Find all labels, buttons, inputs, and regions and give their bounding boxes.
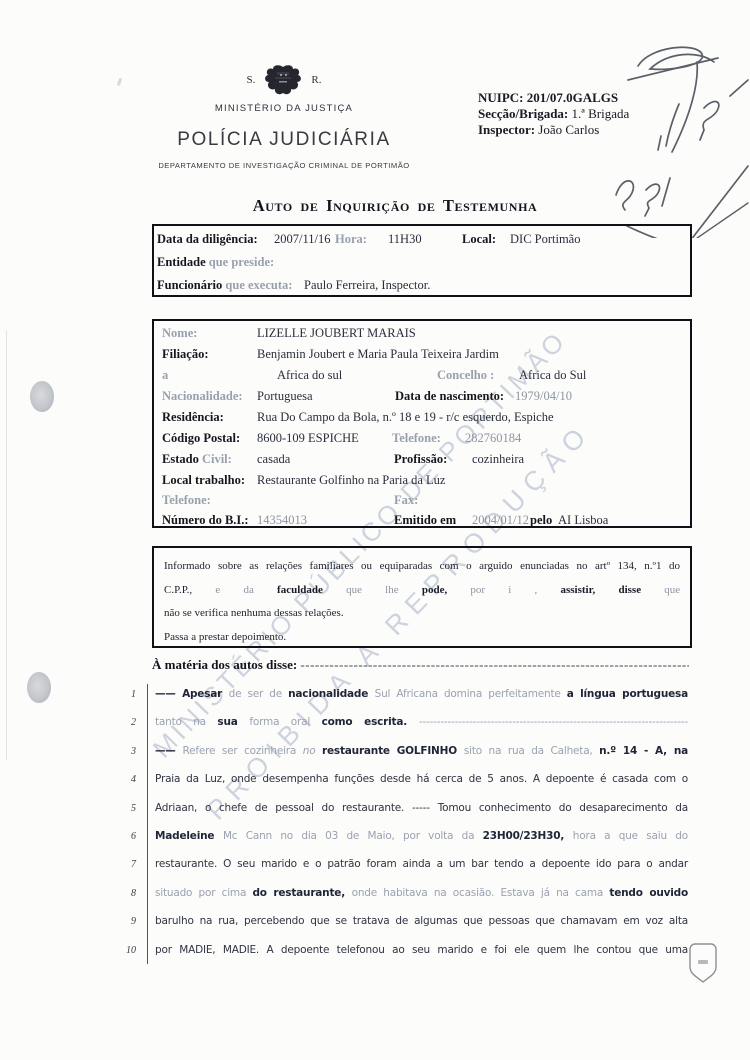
text-segment: ----------------------------------------… bbox=[419, 716, 688, 728]
telefone-label: Telefone: bbox=[392, 431, 441, 446]
codigo-postal-label: Código Postal: bbox=[162, 431, 240, 446]
deposition-line: 4Praia da Luz, onde desempenha funções d… bbox=[112, 769, 688, 797]
text-segment: , bbox=[535, 584, 538, 596]
estado-civil-label: Estado Civil: bbox=[162, 452, 232, 467]
line-number: 6 bbox=[112, 831, 136, 842]
text-segment: pode, bbox=[422, 584, 447, 596]
naturalidade-label: a bbox=[162, 368, 168, 383]
text-segment: Sul Africana domina perfeitamente bbox=[375, 688, 567, 700]
notice-line-2: C.P.P., e da faculdade que lhe pode, por… bbox=[164, 579, 680, 603]
deposition-line: 1—— Apesar de ser de nacionalidade Sul A… bbox=[112, 684, 688, 712]
pelo-label: pelo bbox=[530, 513, 552, 528]
nome-value: LIZELLE JOUBERT MARAIS bbox=[257, 326, 416, 341]
residencia-label: Residência: bbox=[162, 410, 224, 425]
line-number: 3 bbox=[112, 746, 136, 757]
text-segment: C.P.P., bbox=[164, 584, 192, 596]
line-text: barulho na rua, percebendo que se tratav… bbox=[155, 915, 688, 927]
emitido-value: 2004/01/12 bbox=[472, 513, 529, 528]
scan-fold-line bbox=[6, 330, 7, 760]
line-text: Madeleine Mc Cann no dia 03 de Maio, por… bbox=[155, 830, 688, 842]
text-segment: Adriaan, o chefe de pessoal do restauran… bbox=[155, 802, 688, 814]
residencia-value: Rua Do Campo da Bola, n.º 18 e 19 - r/c … bbox=[257, 410, 554, 425]
notice-line-3: não se verifica nenhuma dessas relações. bbox=[164, 602, 680, 626]
line-text: —— Refere ser cozinheira no restaurante … bbox=[155, 745, 688, 757]
nuipc-label: NUIPC: bbox=[478, 90, 524, 105]
materia-label: À matéria dos autos disse: bbox=[152, 657, 297, 672]
text-segment: por bbox=[470, 584, 485, 596]
text-segment: nacionalidade bbox=[288, 688, 374, 700]
diligence-meta-box: Data da diligência: 2007/11/16 Hora: 11H… bbox=[152, 224, 692, 297]
emitido-label: Emitido em bbox=[394, 513, 456, 528]
text-segment: no bbox=[303, 745, 322, 757]
funcionario-value: Paulo Ferreira, Inspector. bbox=[304, 278, 430, 293]
line-text: por MADIE, MADIE. A depoente telefonou a… bbox=[155, 944, 688, 956]
department-title: DEPARTAMENTO DE INVESTIGAÇÃO CRIMINAL DE… bbox=[94, 161, 474, 170]
nascimento-value: 1979/04/10 bbox=[515, 389, 572, 404]
hora-value: 11H30 bbox=[388, 232, 422, 247]
local-label: Local: bbox=[462, 232, 496, 247]
line-text: tanto na sua forma oral como escrita. --… bbox=[155, 716, 688, 728]
deposition-line: 10por MADIE, MADIE. A depoente telefonou… bbox=[112, 940, 688, 968]
estado-civil-value: casada bbox=[257, 452, 290, 467]
deposition-line: 6Madeleine Mc Cann no dia 03 de Maio, po… bbox=[112, 826, 688, 854]
organization-title: POLÍCIA JUDICIÁRIA bbox=[94, 129, 474, 151]
concelho-value: Africa do Sul bbox=[519, 368, 586, 383]
line-text: situado por cima do restaurante, onde ha… bbox=[155, 887, 688, 899]
text-segment: sua bbox=[217, 716, 249, 728]
line-number: 1 bbox=[112, 689, 136, 700]
text-segment: dia 03 de Maio, por volta da bbox=[301, 830, 482, 842]
line-text: Praia da Luz, onde desempenha funções de… bbox=[155, 773, 688, 785]
nome-label: Nome: bbox=[162, 326, 197, 341]
document-page: MINISTÉRIO PÚBLICO DE PORTIMÃO PROIBIDA … bbox=[0, 0, 750, 1060]
text-segment: Refere ser cozinheira bbox=[183, 745, 303, 757]
text-segment: na bbox=[674, 745, 688, 757]
materia-heading: À matéria dos autos disse: -------------… bbox=[152, 657, 689, 673]
text-segment: tendo ouvido bbox=[609, 887, 688, 899]
local-value: DIC Portimão bbox=[510, 232, 580, 247]
text-segment: i bbox=[508, 584, 511, 596]
witness-id-box: Nome: LIZELLE JOUBERT MARAIS Filiação: B… bbox=[152, 319, 692, 528]
nacionalidade-value: Portuguesa bbox=[257, 389, 313, 404]
page-stamp bbox=[688, 942, 718, 984]
local-trabalho-label: Local trabalho: bbox=[162, 473, 245, 488]
line-number: 10 bbox=[112, 945, 136, 956]
text-segment: assistir, bbox=[561, 584, 596, 596]
text-segment: que bbox=[664, 584, 680, 596]
legal-notice-box: Informado sobre as relações familiares o… bbox=[152, 546, 692, 648]
text-segment: Madeleine bbox=[155, 830, 223, 842]
telefone2-label: Telefone: bbox=[162, 493, 211, 508]
text-segment: faculdade bbox=[277, 584, 323, 596]
text-segment: forma oral bbox=[249, 716, 321, 728]
text-segment: a língua portuguesa bbox=[567, 688, 688, 700]
line-number: 4 bbox=[112, 774, 136, 785]
line-text: —— Apesar de ser de nacionalidade Sul Af… bbox=[155, 688, 688, 700]
naturalidade-value: Africa do sul bbox=[277, 368, 342, 383]
text-segment: —— bbox=[155, 688, 182, 700]
line-number: 5 bbox=[112, 803, 136, 814]
entidade-label: Entidade que preside: bbox=[157, 255, 274, 270]
telefone-value: 282760184 bbox=[465, 431, 521, 446]
profissao-value: cozinheira bbox=[472, 452, 524, 467]
date-value: 2007/11/16 bbox=[274, 232, 330, 247]
hora-label: Hora: bbox=[335, 232, 367, 247]
line-number: 7 bbox=[112, 859, 136, 870]
line-text: Adriaan, o chefe de pessoal do restauran… bbox=[155, 802, 688, 814]
text-segment: Apesar bbox=[182, 688, 229, 700]
text-segment: que bbox=[346, 584, 362, 596]
line-number: 2 bbox=[112, 717, 136, 728]
nascimento-label: Data de nascimento: bbox=[395, 389, 504, 404]
text-segment: da bbox=[243, 584, 253, 596]
text-segment: de ser de bbox=[229, 688, 289, 700]
text-segment: restaurante GOLFINHO bbox=[322, 745, 464, 757]
filiacao-label: Filiação: bbox=[162, 347, 209, 362]
national-crest-icon bbox=[263, 64, 303, 96]
inspector-value: João Carlos bbox=[538, 122, 599, 137]
text-segment: Praia da Luz, onde desempenha funções de… bbox=[155, 773, 688, 785]
text-segment: barulho na rua, percebendo que se tratav… bbox=[155, 915, 688, 927]
text-segment: do restaurante, bbox=[252, 887, 351, 899]
text-segment: Mc Cann no bbox=[223, 830, 301, 842]
deposition-line: 7restaurante. O seu marido e o patrão fo… bbox=[112, 854, 688, 882]
text-segment: situado por cima bbox=[155, 887, 252, 899]
hole-punch bbox=[27, 672, 51, 703]
concelho-label: Concelho : bbox=[437, 368, 494, 383]
deposition-body: 1—— Apesar de ser de nacionalidade Sul A… bbox=[112, 684, 688, 968]
text-segment: como escrita. bbox=[322, 716, 419, 728]
line-text: restaurante. O seu marido e o patrão for… bbox=[155, 858, 688, 870]
text-segment: onde habitava na ocasião. Estava já na c… bbox=[352, 887, 610, 899]
ministry-title: MINISTÉRIO DA JUSTIÇA bbox=[94, 103, 474, 114]
deposition-line: 5Adriaan, o chefe de pessoal do restaura… bbox=[112, 798, 688, 826]
filiacao-value: Benjamin Joubert e Maria Paula Teixeira … bbox=[257, 347, 499, 362]
materia-dashes: ----------------------------------------… bbox=[300, 657, 689, 672]
deposition-line: 2tanto na sua forma oral como escrita. -… bbox=[112, 712, 688, 740]
text-segment: restaurante. O seu marido e o patrão for… bbox=[155, 858, 688, 870]
bi-label: Número do B.I.: bbox=[162, 513, 249, 528]
text-segment: n.º 14 - A, bbox=[599, 745, 674, 757]
text-segment: e bbox=[215, 584, 220, 596]
line-number: 8 bbox=[112, 888, 136, 899]
letterhead: S. R. MINISTÉRIO DA JUSTIÇA POLÍCIA JUDI… bbox=[94, 64, 474, 170]
brigade-label: Secção/Brigada: bbox=[478, 106, 568, 121]
funcionario-label: Funcionário que executa: bbox=[157, 278, 292, 293]
bi-value: 14354013 bbox=[257, 513, 307, 528]
line-number: 9 bbox=[112, 916, 136, 927]
profissao-label: Profissão: bbox=[394, 452, 447, 467]
crest-left-label: S. bbox=[247, 74, 256, 86]
deposition-line: 8situado por cima do restaurante, onde h… bbox=[112, 883, 688, 911]
pelo-value: AI Lisboa bbox=[558, 513, 608, 528]
fax-label: Fax: bbox=[394, 493, 418, 508]
text-segment: hora a que saiu do bbox=[573, 830, 688, 842]
text-segment: —— bbox=[155, 745, 183, 757]
text-segment: por MADIE, MADIE. A depoente telefonou a… bbox=[155, 944, 688, 956]
page-title: Auto de Inquirição de Testemunha bbox=[152, 196, 638, 216]
notice-line-4: Passa a prestar depoimento. bbox=[164, 626, 680, 650]
text-segment: disse bbox=[618, 584, 641, 596]
text-segment: sito na rua da Calheta, bbox=[464, 745, 599, 757]
crest-right-label: R. bbox=[311, 74, 321, 86]
nacionalidade-label: Nacionalidade: bbox=[162, 389, 243, 404]
deposition-line: 3—— Refere ser cozinheira no restaurante… bbox=[112, 741, 688, 769]
text-segment: lhe bbox=[385, 584, 398, 596]
date-label: Data da diligência: bbox=[157, 232, 258, 247]
local-trabalho-value: Restaurante Golfinho na Paria da Luz bbox=[257, 473, 445, 488]
notice-line-1: Informado sobre as relações familiares o… bbox=[164, 555, 680, 579]
text-segment: tanto na bbox=[155, 716, 217, 728]
codigo-postal-value: 8600-109 ESPICHE bbox=[257, 431, 359, 446]
hole-punch bbox=[30, 381, 54, 412]
inspector-label: Inspector: bbox=[478, 122, 535, 137]
deposition-line: 9barulho na rua, percebendo que se trata… bbox=[112, 911, 688, 939]
text-segment: 23H00/23H30, bbox=[483, 830, 573, 842]
